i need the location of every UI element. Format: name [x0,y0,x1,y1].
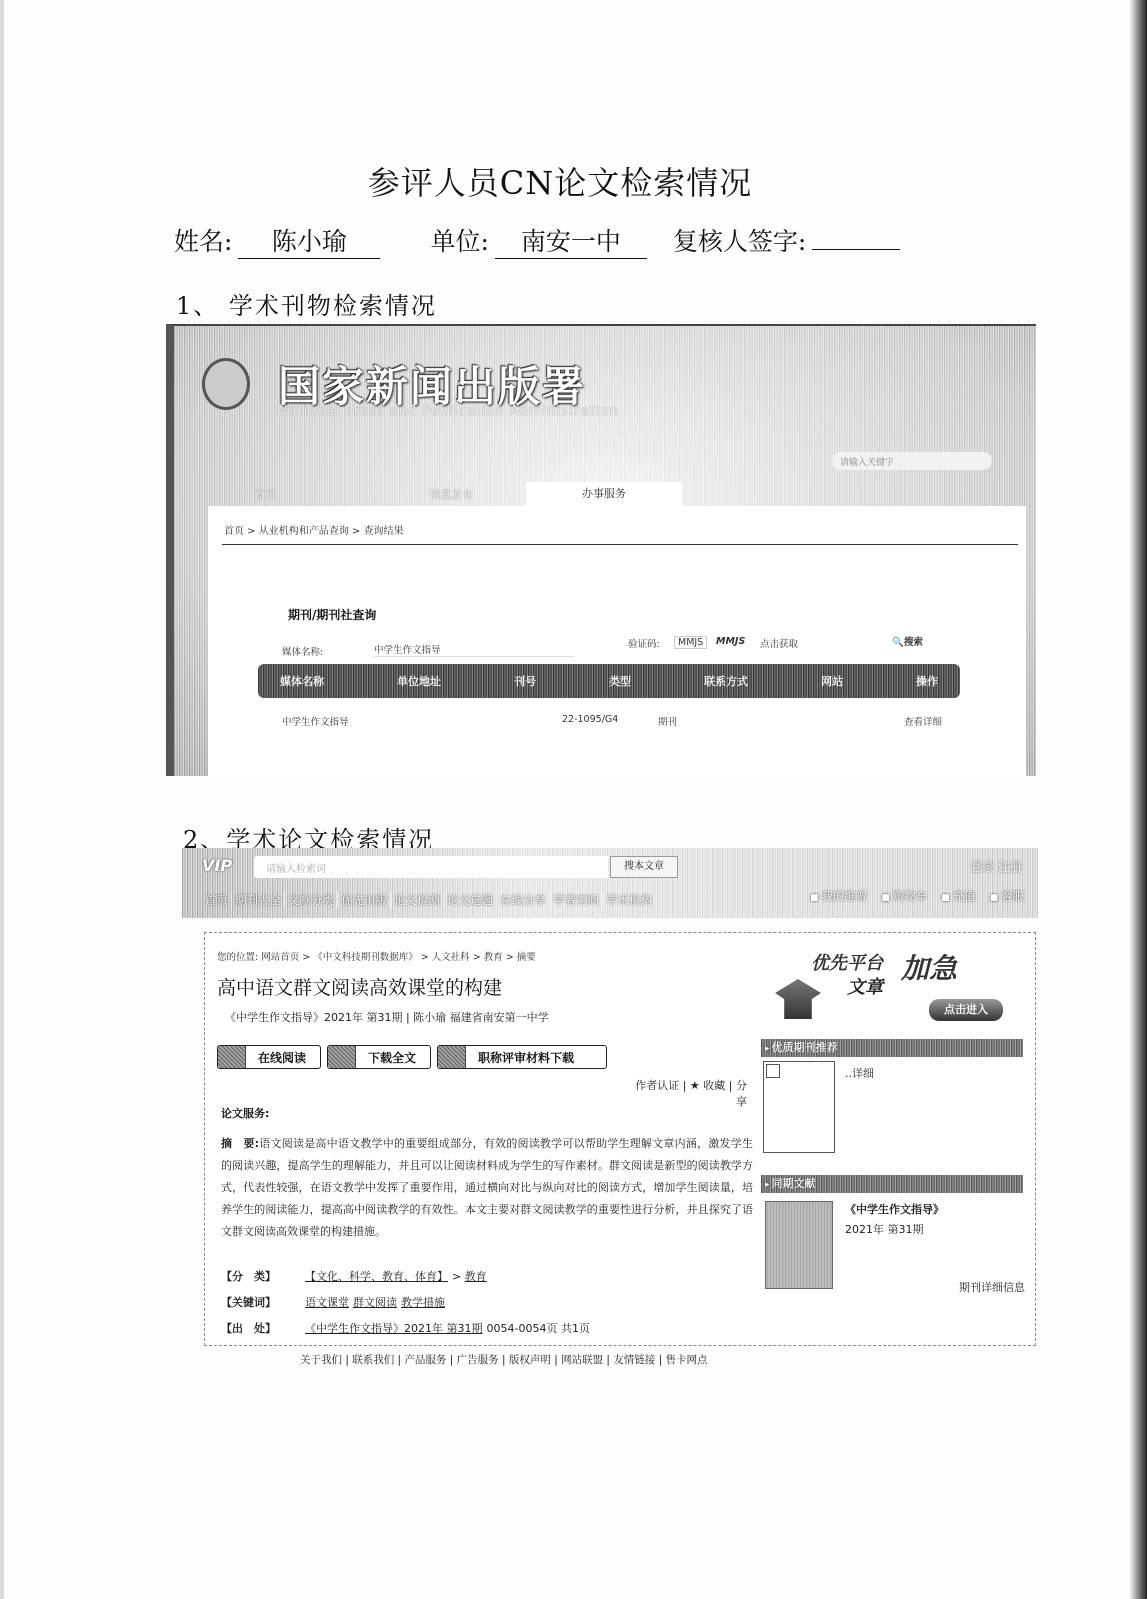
section-journal-heading: 1、 学术刊物检索情况 [176,286,437,321]
search-articles-button[interactable]: 搜本文章 [610,856,678,878]
nav-institutions[interactable]: 学术机构 [603,892,655,908]
sidebar: 优先平台 加急 文章 点击进入 优质期刊推荐 ..详细 同期文献 《中学生作文指… [761,933,1031,1345]
footer-links[interactable]: 友情链接 [613,1354,665,1366]
download-fulltext-button[interactable]: 下载全文 [327,1045,431,1069]
footer-about[interactable]: 关于我们 [300,1354,352,1366]
journal-cover-image[interactable] [765,1201,833,1289]
row-media-name: 中学生作文指导 [282,714,349,728]
vip-logo[interactable]: VIP [202,856,232,875]
graduation-cap-icon [775,979,821,1019]
col-action: 操作 [916,673,938,689]
user-utility-links: 我的维普 购物车 充值 客服 [810,888,1024,904]
tab-services[interactable]: 办事服务 [526,482,682,506]
row-view-details-link[interactable]: 查看详细 [904,714,942,728]
recommended-journals-header: 优质期刊推荐 [761,1039,1023,1057]
results-table-header: 媒体名称 单位地址 刊号 类型 联系方式 网站 操作 [258,664,960,698]
article-title: 高中语文群文阅读高效课堂的构建 [217,973,502,1000]
col-media-name: 媒体名称 [280,673,324,689]
nav-scholar-space[interactable]: 学者空间 [550,892,603,908]
unit-label: 单位: [430,222,488,258]
article-panel: 您的位置: 网站首页 > 《中文科技期刊数据库》 > 人文社科 > 教育 > 摘… [204,932,1036,1346]
cart-link[interactable]: 购物车 [881,888,927,904]
scan-edge-left [0,0,4,1599]
media-name-input[interactable]: 中学生作文指导 [374,642,574,657]
footer-alliance[interactable]: 网站联盟 [561,1354,613,1366]
name-value: 陈小瑜 [238,222,380,259]
nav-info-release[interactable]: 信息发布 [430,488,474,501]
article-screenshot: VIP 请输入检索词 搜本文章 登录 注册 首页 期刊大全 文献分类 优先出版 … [182,848,1038,1368]
footer-card-outlets[interactable]: 售卡网点 [666,1354,708,1366]
article-buttons: 在线阅读 下载全文 职称评审材料下载 [217,1045,607,1069]
nav-home[interactable]: 首页 [254,488,276,501]
subcategory-link[interactable]: 教育 [465,1268,487,1284]
col-website: 网站 [821,673,843,689]
scan-edge-right [1129,0,1147,1599]
captcha-label: 验证码: [628,636,660,650]
journal-lookup-screenshot: 国家新闻出版署 National Press and Publication A… [166,324,1036,776]
national-emblem-logo [202,358,250,410]
keyword-link[interactable]: 语文课堂 [305,1294,349,1310]
vip-nav: 首页 期刊大全 文献分类 优先出版 论文检测 论文选题 在线分享 学者空间 学术… [202,892,655,908]
title-review-materials-button[interactable]: 职称评审材料下载 [437,1045,607,1069]
same-issue-number: 2021年 第31期 [845,1221,924,1237]
read-online-button[interactable]: 在线阅读 [217,1045,321,1069]
article-search-input[interactable]: 请输入检索词 [254,856,608,878]
nav-categories[interactable]: 文献分类 [285,892,338,908]
article-metadata: 【分 类】 【文化、科学、教育、体育】> 教育 【关键词】 语文课堂 群文阅读 … [221,1263,590,1341]
same-issue-header: 同期文献 [761,1175,1023,1193]
col-address: 单位地址 [397,673,441,689]
pdf-icon [328,1046,356,1068]
query-title: 期刊/期刊社查询 [288,606,376,623]
reviewer-signature-label: 复核人签字: [673,222,806,258]
vip-header: VIP 请输入检索词 搜本文章 登录 注册 首页 期刊大全 文献分类 优先出版 … [182,848,1038,918]
captcha-input[interactable]: MMJS [674,636,707,649]
journal-details-link[interactable]: 期刊详细信息 [959,1279,1025,1295]
name-label: 姓名: [174,222,232,258]
promo-enter-button[interactable]: 点击进入 [929,999,1003,1021]
journal-detail-link[interactable]: ..详细 [845,1065,874,1081]
nav-online-share[interactable]: 在线分享 [497,892,550,908]
footer-copyright[interactable]: 版权声明 [509,1354,561,1366]
site-search-input[interactable]: 请输入关键字 [832,452,992,470]
col-cn: 刊号 [514,673,536,689]
paper-services-label: 论文服务: [221,1105,269,1121]
search-icon: 🔍 [892,637,904,648]
keyword-link[interactable]: 群文阅读 [353,1294,397,1310]
article-actions[interactable]: 作者认证 | ★ 收藏 | 分享 [625,1077,747,1109]
source-pages: 0054-0054页 共1页 [487,1320,590,1336]
classification-label: 【分 类】 [221,1268,305,1284]
customer-service-link[interactable]: 客服 [990,888,1024,904]
site-subtitle: National Press and Publication Administr… [278,404,619,419]
col-contact: 联系方式 [704,673,748,689]
article-meta: 《中学生作文指导》2021年 第31期 | 陈小瑜 福建省南安第一中学 [225,1009,549,1025]
my-vip-link[interactable]: 我的维普 [810,888,867,904]
nav-journals[interactable]: 期刊大全 [232,892,285,908]
nav-priority-publish[interactable]: 优先出版 [338,892,391,908]
row-type: 期刊 [658,714,677,728]
same-issue-journal-title[interactable]: 《中学生作文指导》 [845,1201,944,1217]
site-footer: 关于我们 联系我们 产品服务 广告服务 版权声明 网站联盟 友情链接 售卡网点 [300,1352,708,1367]
keyword-link[interactable]: 教学措施 [401,1294,445,1310]
priority-promo-banner[interactable]: 优先平台 加急 文章 点击进入 [761,943,1027,1027]
document-icon [438,1046,466,1068]
nav-topic-selection[interactable]: 论文选题 [444,892,497,908]
source-label: 【出 处】 [221,1320,305,1336]
nav-home[interactable]: 首页 [202,892,232,908]
footer-ads[interactable]: 广告服务 [457,1354,509,1366]
classification-link[interactable]: 【文化、科学、教育、体育】 [305,1268,448,1284]
login-register-link[interactable]: 登录 注册 [970,858,1022,875]
breadcrumb: 您的位置: 网站首页 > 《中文科技期刊数据库》 > 人文社科 > 教育 > 摘… [217,949,536,963]
document-title: 参评人员CN论文检索情况 [0,158,1120,204]
abstract: 摘 要:语文阅读是高中语文教学中的重要组成部分，有效的阅读教学可以帮助学生理解文… [221,1133,753,1243]
search-button[interactable]: 🔍搜索 [892,634,923,648]
keywords-label: 【关键词】 [221,1294,305,1310]
col-type: 类型 [609,673,631,689]
book-icon [218,1046,246,1068]
captcha-refresh-link[interactable]: 点击获取 [760,636,798,650]
media-name-label: 媒体名称: [282,644,323,658]
source-link[interactable]: 《中学生作文指导》2021年 第31期 [305,1320,483,1336]
journal-thumbnail[interactable] [763,1061,835,1153]
recharge-link[interactable]: 充值 [941,888,975,904]
query-panel: 首页 > 从业机构和产品查询 > 查询结果 期刊/期刊社查询 媒体名称: 中学生… [208,506,1026,776]
row-cn: 22-1095/G4 [562,714,618,725]
nav-paper-check[interactable]: 论文检测 [391,892,444,908]
breadcrumb: 首页 > 从业机构和产品查询 > 查询结果 [224,522,403,537]
unit-value: 南安一中 [495,222,647,259]
captcha-image: MMJS [716,636,745,647]
applicant-info-row: 姓名: 陈小瑜 单位: 南安一中 复核人签字: [174,222,900,259]
footer-products[interactable]: 产品服务 [404,1354,456,1366]
footer-contact[interactable]: 联系我们 [352,1354,404,1366]
reviewer-signature-blank [812,224,900,250]
